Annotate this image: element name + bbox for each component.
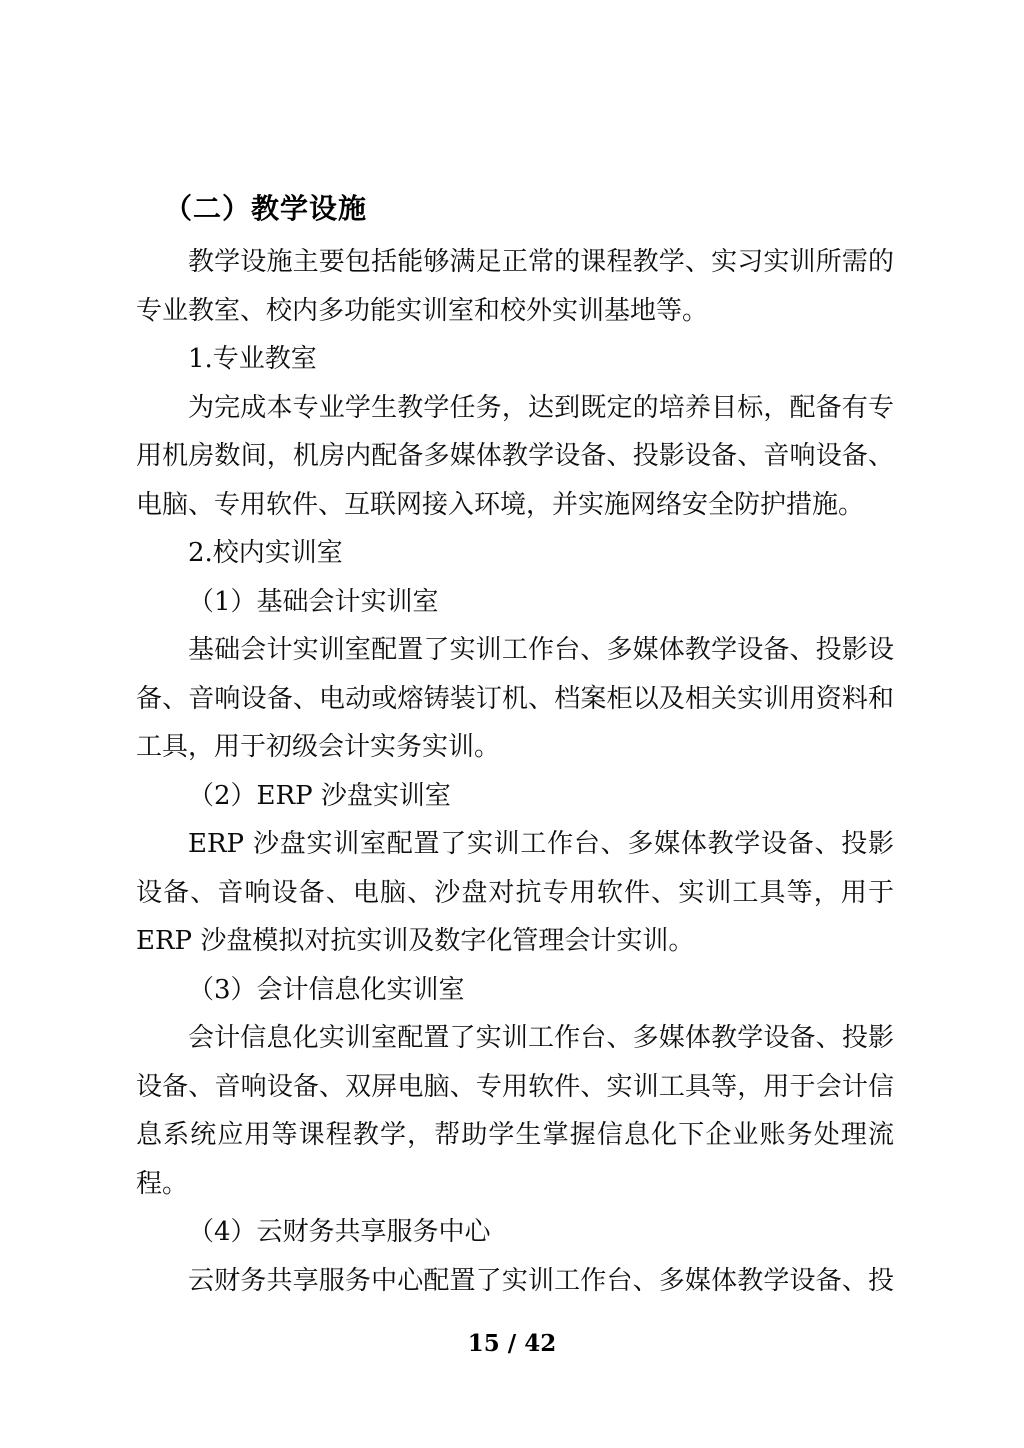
section-heading: （二）教学设施: [136, 184, 894, 233]
subheading-accounting-informatization-room: （3）会计信息化实训室: [136, 966, 894, 1015]
paragraph-accounting-informatization-room: 会计信息化实训室配置了实训工作台、多媒体教学设备、投影设备、音响设备、双屏电脑、…: [136, 1014, 894, 1208]
paragraph-basic-accounting-room: 基础会计实训室配置了实训工作台、多媒体教学设备、投影设备、音响设备、电动或熔铸装…: [136, 626, 894, 772]
document-page: （二）教学设施 教学设施主要包括能够满足正常的课程教学、实习实训所需的专业教室、…: [0, 0, 1024, 1448]
subheading-campus-training-rooms: 2.校内实训室: [136, 529, 894, 578]
paragraph-erp-sandbox-room: ERP 沙盘实训室配置了实训工作台、多媒体教学设备、投影设备、音响设备、电脑、沙…: [136, 820, 894, 966]
paragraph-intro: 教学设施主要包括能够满足正常的课程教学、实习实训所需的专业教室、校内多功能实训室…: [136, 238, 894, 335]
paragraph-cloud-finance-center: 云财务共享服务中心配置了实训工作台、多媒体教学设备、投: [136, 1257, 894, 1306]
subheading-cloud-finance-center: （4）云财务共享服务中心: [136, 1208, 894, 1257]
paragraph-professional-classroom: 为完成本专业学生教学任务，达到既定的培养目标，配备有专用机房数间，机房内配备多媒…: [136, 384, 894, 530]
subheading-erp-sandbox-room: （2）ERP 沙盘实训室: [136, 772, 894, 821]
subheading-basic-accounting-room: （1）基础会计实训室: [136, 578, 894, 627]
page-number: 15 / 42: [0, 1330, 1024, 1357]
document-content: （二）教学设施 教学设施主要包括能够满足正常的课程教学、实习实训所需的专业教室、…: [136, 184, 894, 1305]
subheading-professional-classroom: 1.专业教室: [136, 335, 894, 384]
